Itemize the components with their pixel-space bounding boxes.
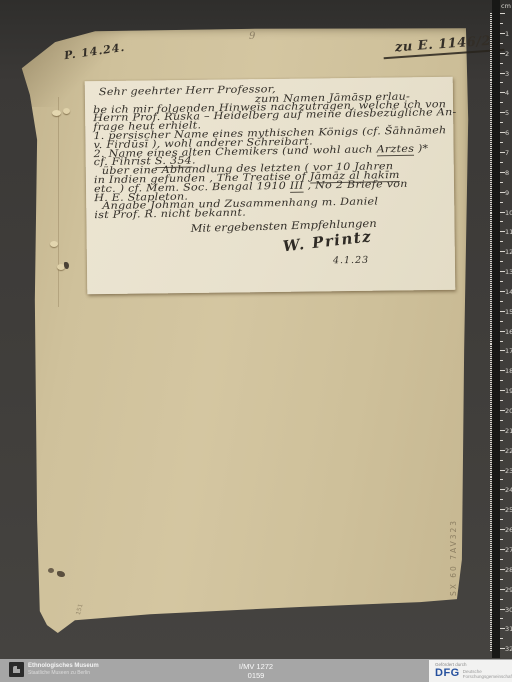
ruler-mm-tick	[490, 547, 492, 548]
paper-hole	[63, 108, 70, 114]
ruler-mm-tick	[490, 360, 492, 361]
ruler-mm-tick	[490, 53, 492, 54]
ruler-mm-tick	[490, 575, 492, 576]
ruler-mm-tick	[490, 261, 492, 262]
ruler-halfcm-tick	[500, 122, 503, 123]
ruler-mm-tick	[490, 299, 492, 300]
ruler-mm-tick	[490, 57, 492, 58]
ruler-mm-tick	[490, 307, 492, 308]
ruler-number: 12	[505, 248, 512, 256]
ruler-mm-tick	[490, 400, 492, 401]
ruler-halfcm-tick	[500, 23, 503, 24]
ruler-mm-tick	[490, 277, 492, 278]
ruler-mm-tick	[490, 126, 492, 127]
ruler-mm-tick	[490, 13, 492, 14]
ruler-mm-tick	[490, 396, 492, 397]
ruler-mm-tick	[490, 398, 492, 399]
ruler-mm-tick	[490, 428, 492, 429]
ruler-number: 3	[505, 70, 509, 78]
ruler-mm-tick	[490, 170, 492, 171]
ruler-mm-tick	[490, 529, 492, 530]
ruler-mm-tick	[490, 152, 492, 153]
document-scan-view: P. 14.24. 9 zu E. 1146/22 Sehr geehrter …	[0, 0, 512, 682]
ruler-mm-tick	[490, 376, 492, 377]
ruler-halfcm-tick	[500, 460, 503, 461]
ruler-mm-tick	[490, 650, 492, 651]
ruler-mm-tick	[490, 370, 492, 371]
ruler-mm-tick	[490, 63, 492, 64]
ruler-mm-tick	[490, 124, 492, 125]
ruler-bar	[492, 0, 500, 658]
ruler-mm-tick	[490, 55, 492, 56]
paper-hole	[50, 241, 58, 247]
ruler-mm-tick	[490, 243, 492, 244]
ruler-mm-tick	[490, 229, 492, 230]
ruler-mm-tick	[490, 273, 492, 274]
ruler-mm-tick	[490, 366, 492, 367]
ruler-mm-tick	[490, 337, 492, 338]
ruler-mm-tick	[490, 517, 492, 518]
ruler-mm-tick	[490, 493, 492, 494]
ruler-mm-tick	[490, 501, 492, 502]
ruler-mm-tick	[490, 204, 492, 205]
ruler-mm-tick	[490, 122, 492, 123]
ruler-mm-tick	[490, 257, 492, 258]
ruler-halfcm-tick	[500, 341, 503, 342]
ruler-mm-tick	[490, 198, 492, 199]
ruler-number: 4	[505, 89, 509, 97]
ruler-mm-tick	[490, 255, 492, 256]
ruler-mm-tick	[490, 491, 492, 492]
ruler-mm-tick	[490, 394, 492, 395]
ruler-mm-tick	[490, 640, 492, 641]
dfg-logo: DFG	[435, 668, 460, 679]
ruler-mm-tick	[490, 589, 492, 590]
ruler-number: 32	[505, 645, 512, 653]
ruler-number: 16	[505, 328, 512, 336]
ruler-number: 17	[505, 347, 512, 355]
ruler-mm-tick	[490, 269, 492, 270]
ruler-number: 8	[505, 169, 509, 177]
ruler-mm-tick	[490, 301, 492, 302]
ruler-mm-tick	[490, 241, 492, 242]
ruler-halfcm-tick	[500, 579, 503, 580]
ruler-mm-tick	[490, 354, 492, 355]
ruler-mm-tick	[490, 321, 492, 322]
ruler-mm-tick	[490, 599, 492, 600]
ruler-mm-tick	[490, 515, 492, 516]
ruler-mm-tick	[490, 79, 492, 80]
ruler-mm-tick	[490, 65, 492, 66]
ruler-mm-tick	[490, 130, 492, 131]
ruler-mm-tick	[490, 43, 492, 44]
ruler-mm-tick	[490, 148, 492, 149]
letter-line: ist Prof. R. nicht bekannt.	[94, 209, 246, 222]
ruler-mm-tick	[490, 86, 492, 87]
ruler-mm-tick	[490, 192, 492, 193]
ruler-mm-tick	[490, 325, 492, 326]
ruler-unit-label: cm	[501, 2, 511, 10]
ruler-mm-tick	[490, 333, 492, 334]
ruler-mm-tick	[490, 37, 492, 38]
ruler-mm-tick	[490, 329, 492, 330]
ruler-mm-tick	[490, 352, 492, 353]
ruler-mm-tick	[490, 291, 492, 292]
ruler-mm-tick	[490, 267, 492, 268]
ruler-mm-tick	[490, 297, 492, 298]
dfg-credit: Gefördert durch DFG Deutsche Forschungsg…	[429, 660, 512, 682]
ruler-mm-tick	[490, 497, 492, 498]
ruler-mm-tick	[490, 533, 492, 534]
ruler-number: 1	[505, 30, 509, 38]
ruler-mm-tick	[490, 384, 492, 385]
ruler-mm-tick	[490, 464, 492, 465]
ruler-mm-tick	[490, 41, 492, 42]
ruler-mm-tick	[490, 585, 492, 586]
ruler-mm-tick	[490, 620, 492, 621]
ruler-mm-tick	[490, 368, 492, 369]
ruler-mm-tick	[490, 150, 492, 151]
ruler-halfcm-tick	[500, 202, 503, 203]
ruler-mm-tick	[490, 223, 492, 224]
ruler-mm-tick	[490, 319, 492, 320]
ruler-mm-tick	[490, 477, 492, 478]
ruler-mm-tick	[490, 17, 492, 18]
ruler-mm-tick	[490, 339, 492, 340]
ruler-mm-tick	[490, 279, 492, 280]
ruler-mm-tick	[490, 90, 492, 91]
annotation-inventory-pencil: SX 60 7AV323	[449, 478, 458, 596]
ruler-mm-tick	[490, 610, 492, 611]
ruler-halfcm-tick	[500, 82, 503, 83]
ruler-mm-tick	[490, 344, 492, 345]
ruler-mm-tick	[490, 537, 492, 538]
letter-signature: W. Printz	[282, 229, 373, 254]
ruler-mm-tick	[490, 446, 492, 447]
ruler-mm-tick	[490, 414, 492, 415]
ruler-mm-tick	[490, 489, 492, 490]
ruler-mm-tick	[490, 142, 492, 143]
ruler-mm-tick	[490, 132, 492, 133]
ruler-mm-tick	[490, 194, 492, 195]
ruler-halfcm-tick	[500, 519, 503, 520]
ruler-mm-tick	[490, 245, 492, 246]
ruler-mm-tick	[490, 505, 492, 506]
ruler-mm-tick	[490, 140, 492, 141]
ruler-mm-tick	[490, 27, 492, 28]
ruler-mm-tick	[490, 509, 492, 510]
ruler-halfcm-tick	[500, 539, 503, 540]
ruler-halfcm-tick	[500, 479, 503, 480]
ruler-mm-tick	[490, 172, 492, 173]
ruler-number: 15	[505, 308, 512, 316]
ruler-mm-tick	[490, 474, 492, 475]
ruler-mm-tick	[490, 460, 492, 461]
ruler-mm-tick	[490, 249, 492, 250]
letter-line: Sehr geehrter Herr Professor,	[99, 85, 276, 98]
ruler-mm-tick	[490, 527, 492, 528]
ruler-mm-tick	[490, 346, 492, 347]
ruler-mm-tick	[490, 59, 492, 60]
ruler-halfcm-tick	[500, 618, 503, 619]
ruler-mm-tick	[490, 499, 492, 500]
ruler-mm-tick	[490, 434, 492, 435]
ruler-mm-tick	[490, 404, 492, 405]
ruler-mm-tick	[490, 35, 492, 36]
ruler-mm-tick	[490, 374, 492, 375]
ruler-halfcm-tick	[500, 301, 503, 302]
ruler-mm-tick	[490, 412, 492, 413]
ruler-mm-tick	[490, 106, 492, 107]
ruler-mm-tick	[490, 519, 492, 520]
ruler-mm-tick	[490, 69, 492, 70]
ruler-mm-tick	[490, 642, 492, 643]
paper-hole	[52, 110, 61, 116]
ruler-mm-tick	[490, 577, 492, 578]
ruler-mm-tick	[490, 616, 492, 617]
ruler-number: 27	[505, 546, 512, 554]
ruler-mm-tick	[490, 182, 492, 183]
ruler-mm-tick	[490, 219, 492, 220]
ruler-cm-tick	[500, 13, 505, 14]
ruler-mm-tick	[490, 436, 492, 437]
ruler-mm-tick	[490, 388, 492, 389]
ruler-mm-tick	[490, 313, 492, 314]
ruler-mm-tick	[490, 513, 492, 514]
ruler-mm-tick	[490, 622, 492, 623]
ruler-mm-tick	[490, 452, 492, 453]
ruler-mm-tick	[490, 583, 492, 584]
letter-card: Sehr geehrter Herr Professor,zum Namen J…	[85, 77, 456, 294]
ruler-mm-tick	[490, 77, 492, 78]
ruler-mm-tick	[490, 630, 492, 631]
ruler-mm-tick	[490, 555, 492, 556]
ruler-number: 6	[505, 129, 509, 137]
ruler-number: 2	[505, 50, 509, 58]
ruler-mm-tick	[490, 196, 492, 197]
ruler-mm-tick	[490, 281, 492, 282]
ruler-mm-tick	[490, 468, 492, 469]
ruler-halfcm-tick	[500, 638, 503, 639]
ruler-halfcm-tick	[500, 142, 503, 143]
ruler-mm-tick	[490, 624, 492, 625]
ruler-mm-tick	[490, 618, 492, 619]
ruler-halfcm-tick	[500, 43, 503, 44]
ruler-halfcm-tick	[500, 63, 503, 64]
ruler-mm-tick	[490, 503, 492, 504]
ruler-mm-tick	[490, 462, 492, 463]
ruler-mm-tick	[490, 138, 492, 139]
ruler-number: 28	[505, 566, 512, 574]
ruler-mm-tick	[490, 200, 492, 201]
ruler-mm-tick	[490, 134, 492, 135]
ruler-mm-tick	[490, 158, 492, 159]
ruler-mm-tick	[490, 227, 492, 228]
ruler-mm-tick	[490, 217, 492, 218]
ruler-mm-tick	[490, 571, 492, 572]
ruler-mm-tick	[490, 19, 492, 20]
ruler-mm-tick	[490, 285, 492, 286]
ruler-mm-tick	[490, 601, 492, 602]
ruler-number: 10	[505, 209, 512, 217]
paper-crease	[58, 97, 59, 307]
ruler-mm-tick	[490, 567, 492, 568]
ruler-halfcm-tick	[500, 321, 503, 322]
ruler-mm-tick	[490, 96, 492, 97]
ruler-mm-tick	[490, 309, 492, 310]
ruler-mm-tick	[490, 440, 492, 441]
ruler-mm-tick	[490, 472, 492, 473]
ruler-halfcm-tick	[500, 559, 503, 560]
ruler-mm-tick	[490, 100, 492, 101]
ruler-mm-tick	[490, 184, 492, 185]
ruler-mm-tick	[490, 444, 492, 445]
ruler-mm-tick	[490, 454, 492, 455]
ruler-halfcm-tick	[500, 261, 503, 262]
ruler-mm-tick	[490, 237, 492, 238]
ruler-mm-tick	[490, 208, 492, 209]
ruler-mm-tick	[490, 295, 492, 296]
ruler-mm-tick	[490, 521, 492, 522]
ruler-mm-tick	[490, 118, 492, 119]
ruler-mm-tick	[490, 565, 492, 566]
ruler-halfcm-tick	[500, 241, 503, 242]
ruler-mm-tick	[490, 476, 492, 477]
ruler-mm-tick	[490, 110, 492, 111]
ruler-mm-tick	[490, 253, 492, 254]
ruler-mm-tick	[490, 289, 492, 290]
ruler-mm-tick	[490, 67, 492, 68]
ruler-mm-tick	[490, 23, 492, 24]
ruler-number: 30	[505, 606, 512, 614]
ruler-mm-tick	[490, 128, 492, 129]
ruler-number: 25	[505, 506, 512, 514]
ruler-mm-tick	[490, 648, 492, 649]
ruler-mm-tick	[490, 597, 492, 598]
ruler-halfcm-tick	[500, 360, 503, 361]
ruler-number: 14	[505, 288, 512, 296]
ruler-mm-tick	[490, 31, 492, 32]
ruler-mm-tick	[490, 215, 492, 216]
ruler-mm-tick	[490, 408, 492, 409]
ruler-number: 31	[505, 625, 512, 633]
ruler-mm-tick	[490, 569, 492, 570]
ruler-mm-tick	[490, 632, 492, 633]
ruler-mm-tick	[490, 146, 492, 147]
ruler-mm-tick	[490, 495, 492, 496]
ruler-number: 26	[505, 526, 512, 534]
ruler-number: 11	[505, 228, 512, 236]
ruler-mm-tick	[490, 523, 492, 524]
ruler-mm-tick	[490, 84, 492, 85]
ruler-mm-tick	[490, 551, 492, 552]
ruler-mm-tick	[490, 579, 492, 580]
ruler-mm-tick	[490, 382, 492, 383]
ruler-mm-tick	[490, 531, 492, 532]
ruler-mm-tick	[490, 180, 492, 181]
ruler-halfcm-tick	[500, 102, 503, 103]
ruler-mm-tick	[490, 626, 492, 627]
ruler-mm-tick	[490, 213, 492, 214]
ruler-mm-tick	[490, 225, 492, 226]
ruler-mm-tick	[490, 607, 492, 608]
paper-speck	[64, 262, 69, 269]
ruler-mm-tick	[490, 33, 492, 34]
letter-date: 4.1.23	[333, 256, 369, 266]
ruler-mm-tick	[490, 595, 492, 596]
ruler-mm-tick	[490, 485, 492, 486]
ruler-mm-tick	[490, 535, 492, 536]
ruler-mm-tick	[490, 71, 492, 72]
ruler-mm-tick	[490, 406, 492, 407]
ruler-mm-tick	[490, 293, 492, 294]
ruler-mm-tick	[490, 603, 492, 604]
ruler-mm-tick	[490, 49, 492, 50]
ruler-mm-tick	[490, 634, 492, 635]
paper-speck	[57, 571, 65, 577]
ruler-number: 20	[505, 407, 512, 415]
ruler-mm-tick	[490, 483, 492, 484]
ruler-mm-tick	[490, 372, 492, 373]
ruler-mm-tick	[490, 543, 492, 544]
ruler-mm-tick	[490, 410, 492, 411]
annotation-page-pencil: 9	[249, 31, 255, 42]
ruler-mm-tick	[490, 210, 492, 211]
ruler-mm-tick	[490, 507, 492, 508]
ruler-mm-tick	[490, 612, 492, 613]
ruler-mm-tick	[490, 92, 492, 93]
ruler-mm-tick	[490, 144, 492, 145]
ruler-mm-tick	[490, 21, 492, 22]
ruler-mm-tick	[490, 573, 492, 574]
ruler-mm-tick	[490, 587, 492, 588]
ruler-mm-tick	[490, 466, 492, 467]
ruler-mm-tick	[490, 432, 492, 433]
ruler-mm-tick	[490, 539, 492, 540]
ruler-mm-tick	[490, 186, 492, 187]
ruler-mm-tick	[490, 116, 492, 117]
ruler-mm-tick	[490, 511, 492, 512]
ruler-number: 18	[505, 367, 512, 375]
ruler-number: 13	[505, 268, 512, 276]
ruler-mm-tick	[490, 553, 492, 554]
ruler-mm-tick	[490, 80, 492, 81]
ruler-mm-tick	[490, 402, 492, 403]
ruler-mm-tick	[490, 221, 492, 222]
ruler-mm-tick	[490, 188, 492, 189]
ruler-halfcm-tick	[500, 221, 503, 222]
ruler-mm-tick	[490, 378, 492, 379]
ruler-mm-tick	[490, 162, 492, 163]
ruler-mm-tick	[490, 416, 492, 417]
ruler-mm-tick	[490, 424, 492, 425]
ruler-mm-tick	[490, 358, 492, 359]
ruler-mm-tick	[490, 190, 492, 191]
ruler-mm-tick	[490, 51, 492, 52]
ruler-mm-tick	[490, 593, 492, 594]
ruler-mm-tick	[490, 61, 492, 62]
ruler-mm-tick	[490, 120, 492, 121]
ruler-mm-tick	[490, 541, 492, 542]
ruler-mm-tick	[490, 136, 492, 137]
ruler-halfcm-tick	[500, 380, 503, 381]
ruler-mm-tick	[490, 450, 492, 451]
ruler-halfcm-tick	[500, 162, 503, 163]
ruler-number: 21	[505, 427, 512, 435]
ruler-mm-tick	[490, 104, 492, 105]
ruler-number: 7	[505, 149, 509, 157]
ruler-mm-tick	[490, 559, 492, 560]
